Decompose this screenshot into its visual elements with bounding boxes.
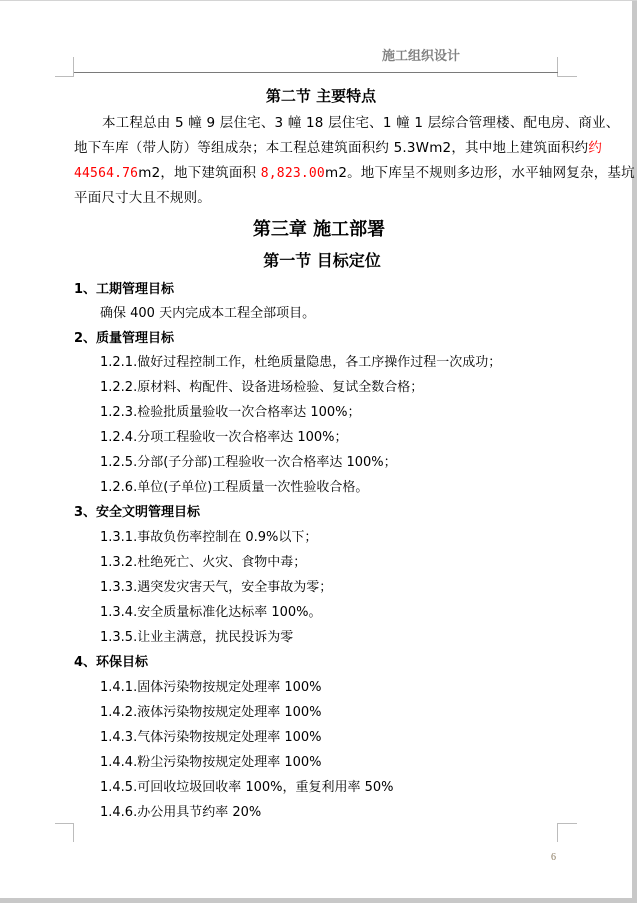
corner-mark-bottom-left-h xyxy=(55,823,74,824)
heading-schedule-goal: 1、工期管理目标 xyxy=(74,281,174,299)
paragraph-line-2-text: 地下车库（带人防）等组成杂；本工程总建筑面积约 5.3Wm2，其中地上建筑面积约 xyxy=(74,140,588,156)
list-item: 1.2.4.分项工程验收一次合格率达 100%； xyxy=(100,429,348,447)
heading-safety-goal: 3、安全文明管理目标 xyxy=(74,504,200,522)
list-item: 1.3.4.安全质量标准化达标率 100%。 xyxy=(100,604,322,622)
corner-mark-bottom-left-v xyxy=(73,823,74,842)
paragraph-line-1: 本工程总由 5 幢 9 层住宅、3 幢 18 层住宅、1 幢 1 层综合管理楼、… xyxy=(74,111,560,136)
list-item: 1.4.4.粉尘污染物按规定处理率 100% xyxy=(100,754,322,772)
list-item: 1.4.3.气体污染物按规定处理率 100% xyxy=(100,729,322,747)
list-item: 1.3.2.杜绝死亡、火灾、食物中毒； xyxy=(100,554,306,572)
list-item: 1.2.2.原材料、构配件、设备进场检验、复试全数合格； xyxy=(100,379,423,397)
document-page: 施工组织设计 第二节 主要特点 本工程总由 5 幢 9 层住宅、3 幢 18 层… xyxy=(0,1,632,898)
list-item: 1.2.1.做好过程控制工作，杜绝质量隐患，各工序操作过程一次成功； xyxy=(100,354,501,372)
list-item: 1.4.2.液体污染物按规定处理率 100% xyxy=(100,704,322,722)
list-item: 1.2.3.检验批质量验收一次合格率达 100%； xyxy=(100,404,361,422)
chapter-title-construction-deployment: 第三章 施工部署 xyxy=(0,215,632,241)
underground-area-value: 8,823.00 xyxy=(261,166,325,181)
paragraph-line-4: 平面尺寸大且不规则。 xyxy=(74,186,560,211)
project-overview-paragraph: 本工程总由 5 幢 9 层住宅、3 幢 18 层住宅、1 幢 1 层综合管理楼、… xyxy=(74,111,560,211)
corner-mark-top-left-h xyxy=(55,76,74,77)
list-item: 1.3.1.事故负伤率控制在 0.9%以下； xyxy=(100,529,317,547)
heading-environment-goal: 4、环保目标 xyxy=(74,654,148,672)
list-item: 1.3.3.遇突发灾害天气，安全事故为零； xyxy=(100,579,332,597)
corner-mark-top-right-h xyxy=(557,76,577,77)
list-item: 确保 400 天内完成本工程全部项目。 xyxy=(100,305,315,323)
heading-quality-goal: 2、质量管理目标 xyxy=(74,330,174,348)
page-number: 6 xyxy=(551,852,556,863)
above-ground-area-value: 44564.76 xyxy=(74,166,138,181)
list-item: 1.4.5.可回收垃圾回收率 100%，重复利用率 50% xyxy=(100,779,394,797)
corner-mark-top-right-v xyxy=(557,57,558,77)
highlight-text: 约 xyxy=(588,140,602,156)
corner-mark-bottom-right-h xyxy=(557,823,577,824)
paragraph-line-3-mid: m2，地下建筑面积 xyxy=(138,165,261,181)
section-title-target-positioning: 第一节 目标定位 xyxy=(0,248,632,271)
list-item: 1.4.6.办公用具节约率 20% xyxy=(100,804,261,822)
list-item: 1.3.5.让业主满意，扰民投诉为零 xyxy=(100,629,293,647)
list-item: 1.2.5.分部(子分部)工程验收一次合格率达 100%； xyxy=(100,454,397,472)
list-item: 1.4.1.固体污染物按规定处理率 100% xyxy=(100,679,322,697)
list-item: 1.2.6.单位(子单位)工程质量一次性验收合格。 xyxy=(100,479,368,497)
running-header-title: 施工组织设计 xyxy=(382,45,460,64)
corner-mark-bottom-right-v xyxy=(557,823,558,842)
paragraph-line-3-suffix: m2。地下库呈不规则多边形，水平轴网复杂，基坑 xyxy=(325,165,635,181)
paragraph-line-2: 地下车库（带人防）等组成杂；本工程总建筑面积约 5.3Wm2，其中地上建筑面积约… xyxy=(74,136,560,161)
header-rule xyxy=(74,72,558,73)
corner-mark-top-left-v xyxy=(73,57,74,77)
paragraph-line-3: 44564.76m2，地下建筑面积 8,823.00m2。地下库呈不规则多边形，… xyxy=(74,161,560,186)
section-title-main-features: 第二节 主要特点 xyxy=(0,85,632,106)
